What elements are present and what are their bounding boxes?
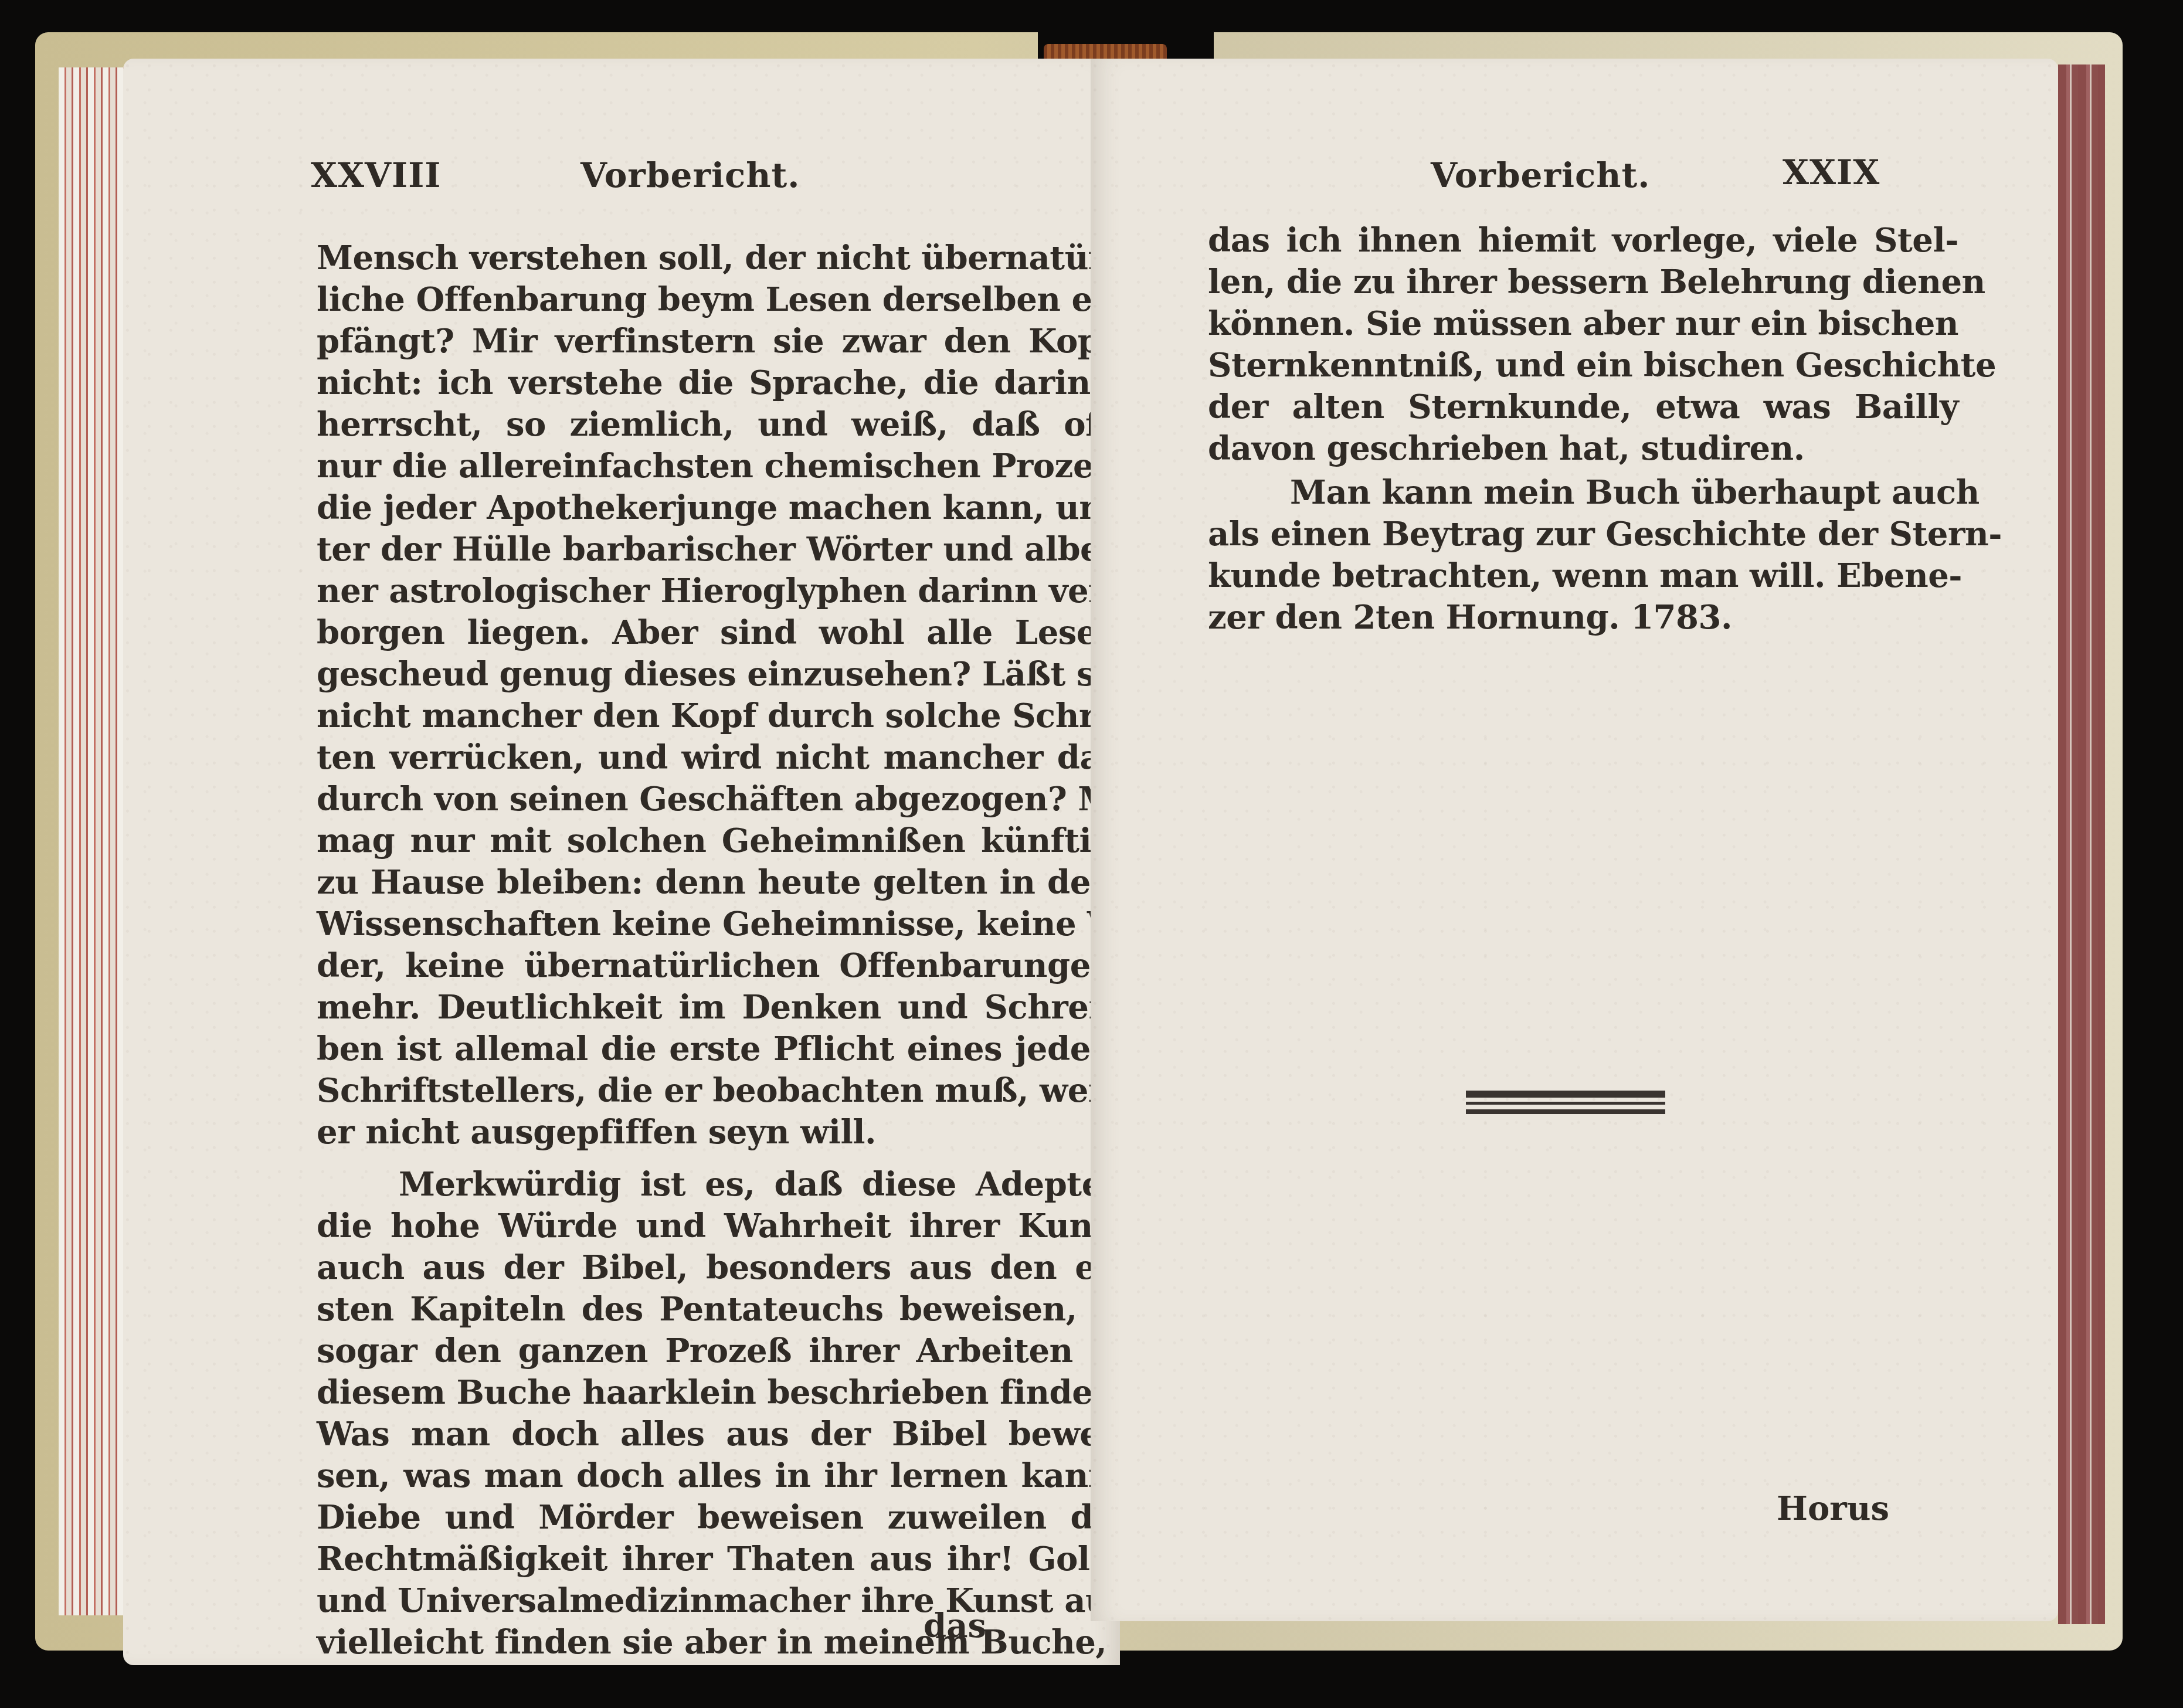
text-line: mag nur mit solchen Geheimnißen künftig — [317, 820, 1114, 862]
left-page: XXVIII Vorbericht. Mensch verstehen soll… — [123, 59, 1120, 1665]
text-line: durch von seinen Geschäften abgezogen? M… — [317, 779, 1114, 820]
text-line: pfängt? Mir verfinstern sie zwar den Kop… — [317, 321, 1114, 362]
text-line: Mensch verstehen soll, der nicht übernat… — [317, 237, 1114, 279]
text-line: ner astrologischer Hieroglyphen darinn v… — [317, 571, 1114, 612]
text-line: sten Kapiteln des Pentateuchs beweisen, … — [317, 1289, 1126, 1330]
text-line: Schriftstellers, die er beobachten muß, … — [317, 1070, 1114, 1112]
text-line: Sternkenntniß, und ein bischen Geschicht… — [1208, 345, 1958, 386]
paragraph: das ich ihnen hiemit vorlege, viele Stel… — [1208, 220, 1958, 470]
text-line: Wissenschaften keine Geheimnisse, keine … — [317, 904, 1114, 945]
text-line: der alten Sternkunde, etwa was Bailly — [1208, 386, 1958, 428]
text-line: borgen liegen. Aber sind wohl alle Leser — [317, 612, 1114, 654]
text-line: zer den 2ten Hornung. 1783. — [1208, 597, 1958, 639]
page-number: XXIX — [1783, 152, 1880, 192]
text-line: er nicht ausgepfiffen seyn will. — [317, 1112, 1114, 1153]
text-line: der, keine übernatürlichen Offenbarungen — [317, 945, 1114, 987]
text-line: sen, was man doch alles in ihr lernen ka… — [317, 1455, 1126, 1497]
text-line: ben ist allemal die erste Pflicht eines … — [317, 1028, 1114, 1070]
text-line: sogar den ganzen Prozeß ihrer Arbeiten i… — [317, 1330, 1126, 1372]
right-page-edges — [2058, 64, 2105, 1624]
right-page: Vorbericht. XXIX das ich ihnen hiemit vo… — [1091, 59, 2058, 1621]
text-line: davon geschrieben hat, studiren. — [1208, 428, 1958, 470]
text-line: Merkwürdig ist es, daß diese Adepten — [317, 1164, 1126, 1206]
text-line: Rechtmäßigkeit ihrer Thaten aus ihr! Gol… — [317, 1539, 1126, 1580]
left-page-edges — [59, 67, 129, 1615]
running-title: Vorbericht. — [580, 155, 800, 195]
text-line: als einen Beytrag zur Geschichte der Ste… — [1208, 514, 1958, 555]
paragraph: Merkwürdig ist es, daß diese Adeptendie … — [317, 1164, 1126, 1663]
text-line: kunde betrachten, wenn man will. Ebene- — [1208, 555, 1958, 597]
text-line: Was man doch alles aus der Bibel bewei- — [317, 1414, 1126, 1455]
signature: Horus — [1777, 1489, 1889, 1528]
text-line: liche Offenbarung beym Lesen derselben e… — [317, 279, 1114, 321]
running-title: Vorbericht. — [1431, 155, 1650, 195]
text-line: herrscht, so ziemlich, und weiß, daß oft — [317, 404, 1114, 446]
text-line: ten verrücken, und wird nicht mancher da… — [317, 737, 1114, 779]
text-line: die hohe Würde und Wahrheit ihrer Kunst — [317, 1206, 1126, 1247]
text-line: gescheud genug dieses einzusehen? Läßt s… — [317, 654, 1114, 695]
text-line: len, die zu ihrer bessern Belehrung dien… — [1208, 262, 1958, 303]
text-line: und Universalmedizinmacher ihre Kunst au… — [317, 1580, 1126, 1622]
text-line: nicht mancher den Kopf durch solche Schr… — [317, 695, 1114, 737]
text-line: Man kann mein Buch überhaupt auch — [1208, 472, 1958, 514]
text-line: das ich ihnen hiemit vorlege, viele Stel… — [1208, 220, 1958, 262]
paragraph: Man kann mein Buch überhaupt auchals ein… — [1208, 472, 1958, 639]
text-line: diesem Buche haarklein beschrieben finde… — [317, 1372, 1126, 1414]
text-line: die jeder Apothekerjunge machen kann, un… — [317, 487, 1114, 529]
text-line: können. Sie müssen aber nur ein bischen — [1208, 303, 1958, 345]
text-line: zu Hause bleiben: denn heute gelten in d… — [317, 862, 1114, 904]
text-line: Diebe und Mörder beweisen zuweilen die — [317, 1497, 1126, 1539]
catchword: das — [924, 1607, 986, 1645]
text-line: mehr. Deutlichkeit im Denken und Schrei- — [317, 987, 1114, 1028]
text-line: nicht: ich verstehe die Sprache, die dar… — [317, 362, 1114, 404]
text-line: ter der Hülle barbarischer Wörter und al… — [317, 529, 1114, 571]
double-rule-divider — [1466, 1091, 1665, 1115]
text-line: nur die allereinfachsten chemischen Proz… — [317, 446, 1114, 487]
text-line: vielleicht finden sie aber in meinem Buc… — [317, 1622, 1126, 1663]
page-number: XXVIII — [311, 155, 441, 195]
text-line: auch aus der Bibel, besonders aus den er… — [317, 1247, 1126, 1289]
paragraph: Mensch verstehen soll, der nicht übernat… — [317, 237, 1114, 1153]
